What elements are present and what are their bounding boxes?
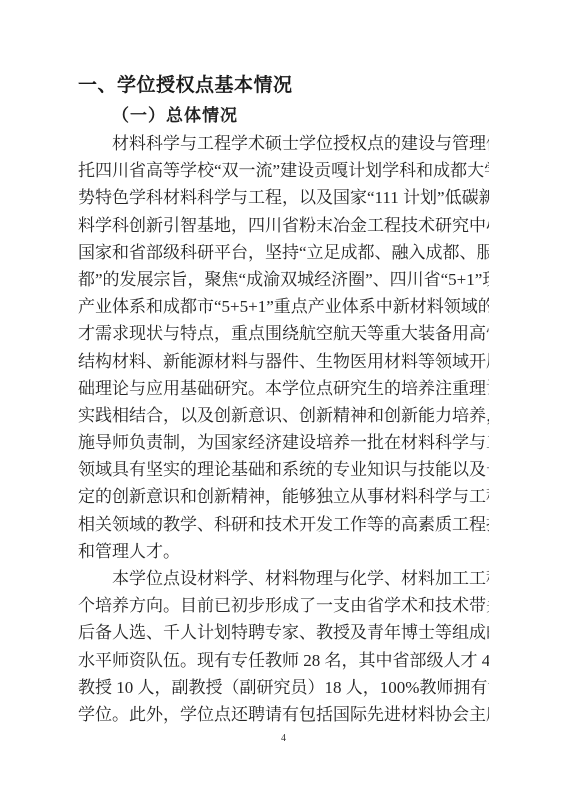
text-line: 础理论与应用基础研究。本学位点研究生的培养注重理论与 — [78, 375, 489, 402]
text-line: 托四川省高等学校“双一流”建设贡嘎计划学科和成都大学优 — [78, 157, 489, 184]
page-number: 4 — [78, 733, 489, 744]
text-line: 实践相结合，以及创新意识、创新精神和创新能力培养，实 — [78, 402, 489, 429]
subsection-heading: （一）总体情况 — [78, 104, 489, 128]
paragraph: 本学位点设材料学、材料物理与化学、材料加工工程三个培养方向。目前已初步形成了一支… — [78, 565, 489, 728]
text-line: 学位。此外，学位点还聘请有包括国际先进材料协会主席 — [78, 701, 489, 728]
document-page: 一、学位授权点基本情况 （一）总体情况 材料科学与工程学术硕士学位授权点的建设与… — [0, 0, 566, 800]
text-line: 和管理人才。 — [78, 538, 489, 565]
section-heading: 一、学位授权点基本情况 — [78, 74, 489, 97]
text-line: 领域具有坚实的理论基础和系统的专业知识与技能以及一 — [78, 456, 489, 483]
text-line: 施导师负责制，为国家经济建设培养一批在材料科学与工程 — [78, 429, 489, 456]
text-line: 才需求现状与特点，重点围绕航空航天等重大装备用高性能 — [78, 320, 489, 347]
text-line: 教授 10 人，副教授（副研究员）18 人，100%教师拥有博士 — [78, 674, 489, 701]
text-line: 材料科学与工程学术硕士学位授权点的建设与管理依 — [78, 130, 489, 157]
text-line: 后备人选、千人计划特聘专家、教授及青年博士等组成的高 — [78, 619, 489, 646]
text-line: 个培养方向。目前已初步形成了一支由省学术和技术带头人 — [78, 592, 489, 619]
text-line: 本学位点设材料学、材料物理与化学、材料加工工程三 — [78, 565, 489, 592]
text-line: 结构材料、新能源材料与器件、生物医用材料等领域开展基 — [78, 348, 489, 375]
document-body: 材料科学与工程学术硕士学位授权点的建设与管理依托四川省高等学校“双一流”建设贡嘎… — [78, 130, 489, 728]
text-line: 产业体系和成都市“5+5+1”重点产业体系中新材料领域的人 — [78, 293, 489, 320]
text-line: 料学科创新引智基地，四川省粉末冶金工程技术研究中心等 — [78, 212, 489, 239]
text-line: 势特色学科材料科学与工程，以及国家“111 计划”低碳新材 — [78, 184, 489, 211]
text-line: 都”的发展宗旨，聚焦“成渝双城经济圈”、四川省“5+1”现代 — [78, 266, 489, 293]
text-line: 相关领域的教学、科研和技术开发工作等的高素质工程技术 — [78, 511, 489, 538]
paragraph: 材料科学与工程学术硕士学位授权点的建设与管理依托四川省高等学校“双一流”建设贡嘎… — [78, 130, 489, 565]
text-line: 国家和省部级科研平台，坚持“立足成都、融入成都、服务成 — [78, 239, 489, 266]
text-line: 水平师资队伍。现有专任教师 28 名，其中省部级人才 4 人， — [78, 647, 489, 674]
text-line: 定的创新意识和创新精神，能够独立从事材料科学与工程及 — [78, 483, 489, 510]
